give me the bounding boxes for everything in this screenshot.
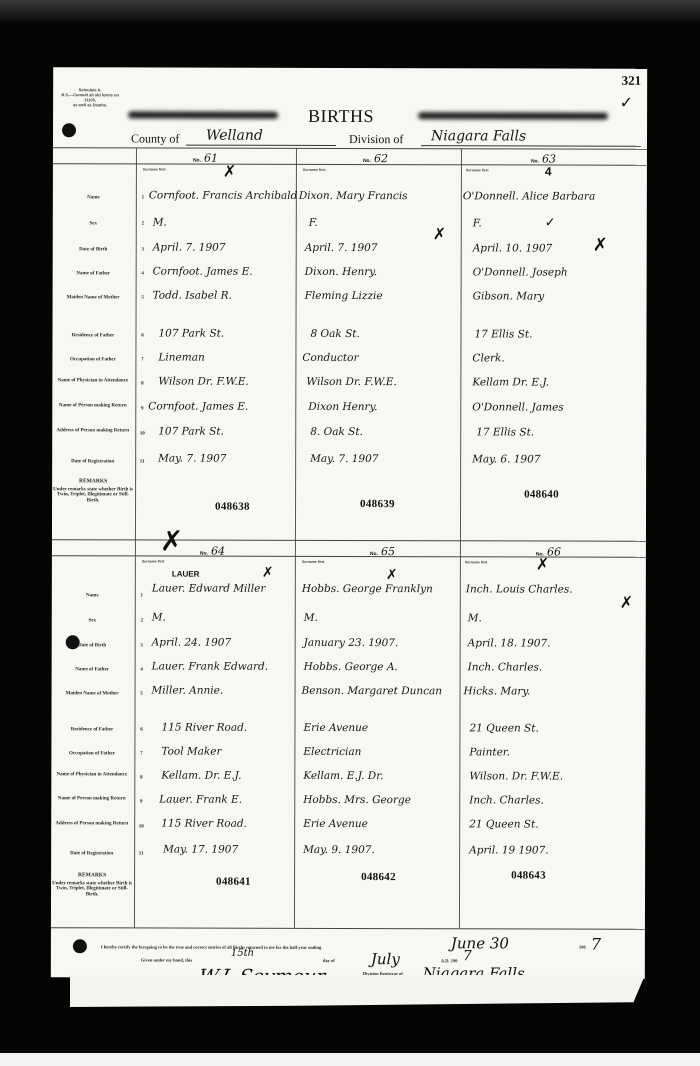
row-number: 5 <box>138 691 146 696</box>
cell-occupation: Painter. <box>469 746 510 758</box>
cell-date-registration: May. 6. 1907 <box>472 453 540 465</box>
cell-residence: 8 Oak St. <box>310 328 359 340</box>
surname-first-header: Surname first <box>143 167 166 171</box>
cell-name: Hobbs. George Franklyn <box>302 583 433 595</box>
cell-physician: Wilson Dr. F.W.E. <box>158 376 248 388</box>
table-rule <box>53 163 647 166</box>
cell-occupation: Electrician <box>303 746 361 758</box>
cell-father: Inch. Charles. <box>468 661 543 673</box>
cross-mark-icon: ✗ <box>386 568 398 582</box>
row-label-mother: Maiden Name of Mother <box>52 691 133 697</box>
row-label-father: Name of Father <box>53 271 134 277</box>
registration-number: 048643 <box>511 869 546 881</box>
annotation-mark: 4 <box>545 165 552 179</box>
row-number: 10 <box>138 431 146 436</box>
cell-mother: Hicks. Mary. <box>464 685 531 697</box>
day-value: 15th <box>231 948 254 959</box>
cell-person-return: Hobbs. Mrs. George <box>303 794 411 806</box>
cross-mark-icon: ✗ <box>160 528 184 556</box>
ad-year-digit: 7 <box>463 948 472 964</box>
row-number: 11 <box>138 459 146 464</box>
cell-physician: Wilson. Dr. F.W.E. <box>469 770 563 782</box>
cell-residence: 115 River Road. <box>161 722 247 734</box>
column-rule <box>135 147 137 539</box>
given-under-hand-label: Given under my hand, this <box>141 957 192 962</box>
cell-person-return: Cornfoot. James E. <box>148 400 248 412</box>
row-number: 2 <box>139 221 147 226</box>
title-smudge <box>418 112 608 119</box>
row-number: 4 <box>138 667 146 672</box>
viewer-bottom-strip <box>0 1053 700 1066</box>
day-of-label: day of <box>323 958 335 963</box>
cell-sex: M. <box>152 611 166 623</box>
cell-date-registration: May. 9. 1907. <box>303 844 375 856</box>
row-number: 10 <box>137 824 145 829</box>
table-rule <box>52 539 646 542</box>
county-value: Welland <box>206 128 263 144</box>
cell-father: Cornfoot. James E. <box>153 265 253 277</box>
cross-mark-icon: ✗ <box>262 566 274 580</box>
division-value: Niagara Falls <box>431 128 526 144</box>
entry-number: No.64 <box>200 545 225 558</box>
cell-date-of-birth: April. 18. 1907. <box>468 637 551 649</box>
entry-61: No.61 Surname first Cornfoot. Francis Ar… <box>53 67 647 69</box>
surname-first-header: Surname first <box>303 168 326 172</box>
year-prefix: 190 <box>579 945 586 950</box>
row-label-date-of-birth: Date of Birth <box>52 643 133 649</box>
surname-first-header: Surname first <box>142 559 165 563</box>
cell-date-of-birth: January 23. 1907. <box>304 637 399 649</box>
row-number: 2 <box>138 618 146 623</box>
cell-sex: F. <box>473 217 482 229</box>
column-rule <box>294 540 296 928</box>
registration-number: 048640 <box>524 488 559 500</box>
row-label-father: Name of Father <box>52 667 133 673</box>
cell-address-return: 17 Ellis St. <box>476 426 534 438</box>
punch-hole-icon <box>73 939 87 953</box>
column-rule <box>460 148 462 540</box>
cross-mark-icon: ✗ <box>433 226 446 242</box>
row-label-mother: Maiden Name of Mother <box>53 295 134 301</box>
row-number: 6 <box>137 727 145 732</box>
year-digit: 7 <box>591 935 601 954</box>
row-number: 6 <box>138 333 146 338</box>
row-number: 8 <box>137 775 145 780</box>
cell-name: O'Donnell. Alice Barbara <box>463 190 595 202</box>
title-bar: BIRTHS <box>128 105 608 122</box>
cell-person-return: Lauer. Frank E. <box>159 794 242 806</box>
row-label-date-registration: Date of Registration <box>52 459 133 465</box>
remarks-label: REMARKS Under remarks state whether Birt… <box>51 873 133 897</box>
cell-date-registration: May. 7. 1907 <box>158 453 226 465</box>
cell-mother: Fleming Lizzie <box>305 290 383 302</box>
row-number: 9 <box>137 799 145 804</box>
check-mark-icon: ✓ <box>545 217 556 230</box>
cell-name: Cornfoot. Francis Archibald <box>149 189 298 201</box>
row-label-date-of-birth: Date of Birth <box>53 247 134 253</box>
cell-date-registration: May. 17. 1907 <box>163 844 238 856</box>
cell-physician: Kellam. Dr. E.J. <box>161 770 241 782</box>
cell-address-return: 107 Park St. <box>158 426 224 438</box>
page-title: BIRTHS <box>308 106 374 127</box>
cell-address-return: 8. Oak St. <box>310 426 363 438</box>
division-label: Division of <box>349 132 403 147</box>
column-rule <box>459 540 461 928</box>
row-number: 9 <box>138 406 146 411</box>
row-label-name: Name <box>52 593 133 599</box>
cell-date-registration: April. 19 1907. <box>469 844 549 856</box>
column-rule <box>134 539 136 927</box>
cell-name: Inch. Louis Charles. <box>466 583 573 595</box>
cell-sex: M. <box>153 216 167 228</box>
half-year-end-date: June 30 <box>451 934 509 952</box>
certification-section: I hereby certify the foregoing to be the… <box>53 67 647 69</box>
surname-first-header: Surname first <box>302 560 325 564</box>
cell-residence: 107 Park St. <box>158 328 224 340</box>
schedule-note: Schedule A. R.S.—Consult all old forms o… <box>55 87 125 107</box>
row-label-physician: Name of Physician in Attendance <box>52 378 133 384</box>
cell-date-of-birth: April. 7. 1907 <box>153 241 226 253</box>
row-label-address-return: Address of Person making Return <box>52 428 133 434</box>
cell-mother: Miller. Annie. <box>152 684 224 696</box>
births-register-page: 321 ✓ Schedule A. R.S.—Consult all old f… <box>51 67 647 979</box>
county-division-line: County of Welland Division of Niagara Fa… <box>131 129 641 148</box>
row-number: 4 <box>139 271 147 276</box>
cell-mother: Benson. Margaret Duncan <box>302 685 443 697</box>
entry-number: No.63 <box>531 152 556 165</box>
column-rule <box>295 148 297 540</box>
registration-number: 048638 <box>215 501 250 513</box>
cell-mother: Gibson. Mary <box>473 290 545 302</box>
cell-residence: 21 Queen St. <box>469 722 538 734</box>
cross-mark-icon: ✗ <box>620 595 633 611</box>
row-number: 8 <box>138 381 146 386</box>
cell-physician: Wilson Dr. F.W.E. <box>306 376 396 388</box>
cell-physician: Kellam Dr. E.J. <box>472 376 549 388</box>
row-label-date-registration: Date of Registration <box>51 851 132 857</box>
month-value: July <box>371 950 400 968</box>
row-number: 1 <box>139 195 147 200</box>
cell-date-of-birth: April. 10. 1907 <box>473 242 553 254</box>
entry-66: No.66 Surname first Inch. Louis Charles.… <box>53 67 647 69</box>
row-label-address-return: Address of Person making Return <box>51 821 132 827</box>
scan-background-top <box>0 0 700 22</box>
page-number: 321 <box>622 73 642 89</box>
entry-number: No.65 <box>370 545 395 558</box>
row-number: 5 <box>139 295 147 300</box>
cross-mark-icon: ✗ <box>223 164 236 180</box>
cell-occupation: Clerk. <box>472 352 504 364</box>
cell-address-return: 21 Queen St. <box>469 818 538 830</box>
registration-number: 048639 <box>360 498 395 510</box>
entry-62: No.62 Surname first Dixon. Mary Francis … <box>53 67 647 69</box>
punch-hole-icon <box>62 123 76 137</box>
row-number: 3 <box>138 643 146 648</box>
cell-address-return: Erie Avenue <box>303 818 368 830</box>
cross-mark-icon: ✗ <box>593 237 608 255</box>
row-number: 1 <box>138 593 146 598</box>
cell-occupation: Lineman <box>158 352 204 364</box>
check-mark-icon: ✓ <box>620 93 633 112</box>
cell-sex: F. <box>309 217 318 229</box>
entry-number: No.61 <box>193 152 218 165</box>
cell-residence: Erie Avenue <box>303 722 368 734</box>
annotation-correction: LAUER <box>172 570 200 579</box>
cell-name: Lauer. Edward Miller <box>152 582 266 594</box>
registration-number: 048642 <box>361 871 396 883</box>
cell-person-return: O'Donnell. James <box>472 401 563 413</box>
cell-address-return: 115 River Road. <box>161 818 247 830</box>
cell-father: Hobbs. George A. <box>304 661 398 673</box>
cell-date-registration: May. 7. 1907 <box>310 453 378 465</box>
cell-mother: Todd. Isabel R. <box>153 289 232 301</box>
cell-person-return: Inch. Charles. <box>469 794 544 806</box>
row-number: 11 <box>137 851 145 856</box>
cell-occupation: Conductor <box>302 352 358 364</box>
ad-label: A.D. 190 <box>441 958 458 963</box>
row-labels-block-1: Name 1 Sex 2 Date of Birth 3 Name of Fat… <box>53 67 647 69</box>
cell-occupation: Tool Maker <box>161 746 221 758</box>
row-number: 3 <box>139 247 147 252</box>
entry-63: No.63 Surname first 4 O'Donnell. Alice B… <box>53 67 647 69</box>
row-label-person-return: Name of Person making Return <box>52 403 133 409</box>
cell-sex: M. <box>304 612 318 624</box>
cell-sex: M. <box>468 612 482 624</box>
table-rule <box>53 147 647 150</box>
row-number: 7 <box>137 751 145 756</box>
cell-date-of-birth: April. 24. 1907 <box>152 636 232 648</box>
row-number: 7 <box>138 357 146 362</box>
cell-father: Lauer. Frank Edward. <box>152 660 269 672</box>
row-label-occupation: Occupation of Father <box>51 751 132 757</box>
row-label-residence: Residence of Father <box>52 333 133 339</box>
row-label-name: Name <box>53 195 134 201</box>
cell-person-return: Dixon Henry. <box>308 401 377 413</box>
row-label-residence: Residence of Father <box>51 727 132 733</box>
cross-mark-icon: ✗ <box>536 556 549 572</box>
registration-number: 048641 <box>216 876 251 888</box>
county-label: County of <box>131 131 179 146</box>
row-label-person-return: Name of Person making Return <box>51 796 132 802</box>
surname-first-header: Surname first <box>465 560 488 564</box>
row-label-sex: Sex <box>53 221 134 227</box>
cell-father: O'Donnell. Joseph <box>473 266 568 278</box>
entry-65: No.65 Surname first Hobbs. George Frankl… <box>53 67 647 69</box>
cell-date-of-birth: April. 7. 1907 <box>305 242 378 254</box>
remarks-label: REMARKS Under remarks state whether Birt… <box>52 479 134 503</box>
row-labels-block-2: Name 1 Sex 2 Date of Birth 3 Name of Fat… <box>53 67 647 69</box>
county-underline <box>186 145 336 146</box>
cell-residence: 17 Ellis St. <box>474 328 532 340</box>
row-label-occupation: Occupation of Father <box>52 357 133 363</box>
entry-64: No.64 Surname first LAUER Lauer. Edward … <box>53 67 647 69</box>
cell-name: Dixon. Mary Francis <box>299 190 408 202</box>
entry-number: No.62 <box>363 152 388 165</box>
surname-first-header: Surname first <box>466 168 489 172</box>
division-underline <box>421 145 641 147</box>
certification-text: I hereby certify the foregoing to be the… <box>101 944 321 950</box>
cell-physician: Kellam. E.J. Dr. <box>303 770 383 782</box>
row-label-physician: Name of Physician in Attendance <box>51 772 132 778</box>
page-bottom-edge <box>70 975 645 1007</box>
row-label-sex: Sex <box>52 618 133 624</box>
table-rule <box>51 927 645 930</box>
cell-father: Dixon. Henry. <box>305 266 378 278</box>
title-smudge <box>128 111 278 118</box>
